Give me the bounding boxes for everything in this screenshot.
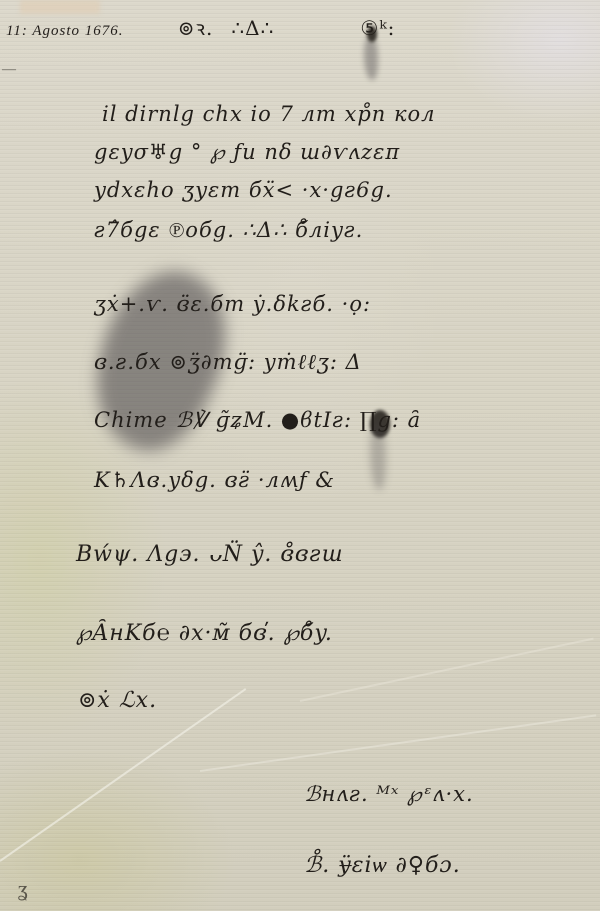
cipher-line: K♄Ʌɞ.yδg. ɞƨ̈ ·лʍƒ & — [94, 468, 335, 492]
cipher-line: ƨ7̂бgε ℗oбg. ∴Δ∴ б̊лiyƨ. — [94, 218, 363, 243]
cipher-line: ɞ.ƨ.бx ⊚ʒ̈∂mɡ̈: yṁℓℓʒ: Δ — [94, 350, 362, 375]
paper-crease — [200, 714, 596, 772]
paper-grain — [0, 0, 600, 911]
cipher-line: ⊚ẋ ℒx. — [78, 688, 157, 713]
margin-mark: ʓ — [18, 876, 28, 902]
cipher-symbol: ⑤ᵏ: — [360, 16, 395, 40]
cipher-symbol: ⊚ꝛ. — [178, 14, 214, 41]
date-text: 11: Agosto 1676. — [6, 23, 124, 39]
corner-stain — [20, 0, 100, 14]
paper-crease — [0, 688, 246, 862]
margin-mark: — — [2, 62, 16, 78]
triangle-symbol: ∴Δ∴ — [231, 16, 274, 40]
cipher-line: ℘ȂнKб℮ ∂x·ᴍ̃ бɞ̕. ℘б̊y. — [76, 620, 333, 646]
cipher-line: ydxεho ʒyεm бẍ< ·x·gƨ6g. — [94, 178, 393, 202]
paper-crease — [300, 638, 594, 702]
manuscript-page: — ʓ 11: Agosto 1676. ⊚ꝛ. ∴Δ∴ ⑤ᵏ: il dirn… — [0, 0, 600, 911]
header-line: 11: Agosto 1676. ⊚ꝛ. ∴Δ∴ ⑤ᵏ: — [6, 14, 407, 41]
cipher-line: Bẃψ. Ʌgэ. ᴗN̈ ŷ. ɞ̊ɞƨш — [76, 542, 344, 567]
signature-line: ℬ̊. ɏ̈εiѡ ∂♀бɔ. — [304, 852, 461, 878]
cipher-line: Chime ℬ℣ ɡ̃ʑM. ●ϐtIƨ: ∏g: ȃ — [94, 408, 421, 432]
cipher-line: il dirnlg chx io 7 лт хр̊п кол — [102, 102, 436, 126]
signature-line: ℬнʌƨ. ᴹˣ ℘ᵋʌ·x. — [304, 782, 474, 806]
cipher-line: ʒẋ+.ѵ. ɞ̈ε.бm ẏ.δkƨб. ·ọ: — [94, 292, 371, 316]
cipher-line: gεyσ♅g ° ℘ ƒu nδ ш∂ѵʌzεπ — [94, 140, 400, 164]
